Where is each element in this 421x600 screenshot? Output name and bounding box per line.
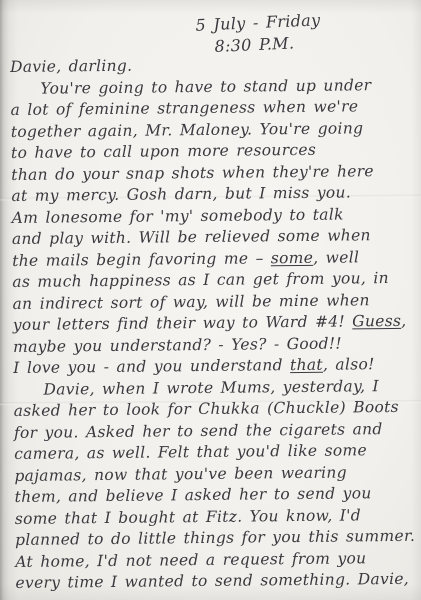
line-segment: ,	[401, 312, 406, 330]
letter-body: Davie, darling. You're going to have to …	[10, 53, 421, 595]
line-segment: the mails begin favoring me –	[12, 249, 271, 270]
underlined-word: Guess	[352, 312, 401, 331]
underlined-word: that	[290, 356, 323, 374]
letter-line: your letters find their way to Ward #4! …	[13, 311, 418, 337]
letter-line: every time I wanted to send something. D…	[15, 569, 420, 595]
date-block: 5 July - Friday 8:30 P.M.	[195, 9, 322, 58]
underlined-word: some	[271, 248, 314, 266]
line-segment: I love you - and you understand	[13, 356, 290, 377]
letter-line: camera, as well. Felt that you'd like so…	[14, 440, 419, 466]
line-segment: , well	[313, 248, 359, 266]
line-segment: , also!	[323, 355, 375, 374]
letter-line: together again, Mr. Maloney. You're goin…	[11, 117, 416, 143]
line-segment: your letters find their way to Ward #4!	[13, 312, 353, 334]
letter-page: 5 July - Friday 8:30 P.M. Davie, darling…	[0, 0, 421, 600]
letter-line: than do your snap shots when they're her…	[11, 160, 416, 186]
